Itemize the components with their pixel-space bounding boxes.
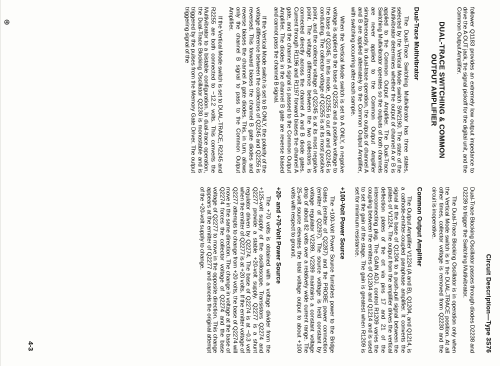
registration-mark-icon: ⊛ [3, 19, 12, 25]
page-number: 4-3 [27, 341, 34, 351]
paragraph-100-volt-power-source: The +100-Volt Power Source furnishes pow… [288, 187, 334, 353]
paragraph-blocking-oscillator-operation: The Dual-Trace Blocking Oscillator is in… [430, 187, 456, 353]
subheading-common-output-amplifier: Common Output Amplifier [416, 187, 423, 353]
paragraph-20-70-volt-power-source: The +70 volts is obtained with a voltage… [198, 187, 271, 353]
paragraph-common-output-amplifier: The Output Amplifier V1224 (A and B), Q1… [353, 187, 412, 353]
left-column: follower Q1183 provides an extremely low… [178, 7, 475, 173]
paragraph-continuation-from-previous-page: follower Q1183 provides an extremely low… [455, 7, 475, 173]
subheading-20-70-volt-power-source: +20- and +70-Volt Power Source [274, 187, 281, 353]
paragraph-dual-trace-mode: If the Vertical Mode switch is set to DU… [183, 7, 223, 173]
right-column: Dual-Trace Blocking Oscillator passes th… [178, 187, 475, 353]
section-heading-dual-trace-switching: DUAL-TRACE SWITCHING & COMMON OUTPUT AMP… [429, 11, 446, 169]
subheading-100-volt-power-source: +100-Volt Power Source [339, 187, 346, 353]
running-header: Circuit Description—Type 3S76 [485, 254, 492, 353]
paragraph-continuation-blocking-oscillator: Dual-Trace Blocking Oscillator passes th… [461, 187, 474, 353]
paragraph-b-only-mode: If the Vertical Mode switch is set to B … [227, 7, 267, 173]
scanned-manual-screenshot: Circuit Description—Type 3S76 follower Q… [0, 0, 500, 366]
subheading-dual-trace-multivibrator: Dual-Trace Multivibrator [413, 7, 420, 173]
two-column-text-block: follower Q1183 provides an extremely low… [178, 7, 475, 353]
paragraph-a-only-mode: When the Vertical Mode switch is set to … [272, 7, 345, 173]
manual-page-rotated: Circuit Description—Type 3S76 follower Q… [0, 0, 500, 366]
paragraph-multivibrator-states: The Dual-Trace Switching Multivibrator h… [349, 7, 408, 173]
